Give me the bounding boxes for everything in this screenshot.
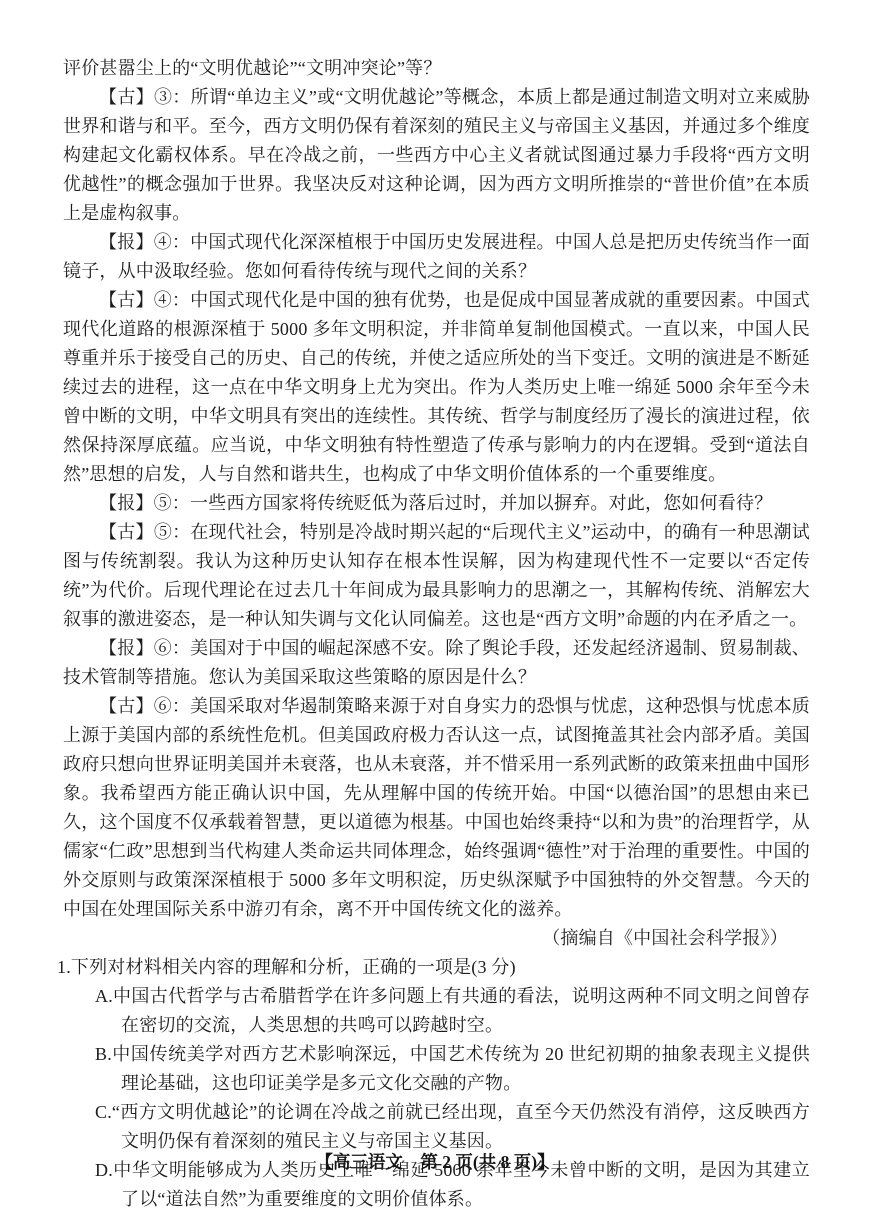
option-b-label: B. — [95, 1044, 112, 1064]
option-a-text: 中国古代哲学与古希腊哲学在许多问题上有共通的看法，说明这两种不同文明之间曾存在密… — [113, 986, 810, 1035]
passage-paragraph-gu5: 【古】⑤：在现代社会，特别是冷战时期兴起的“后现代主义”运动中，的确有一种思潮试… — [63, 518, 810, 634]
passage-paragraph-gu4: 【古】④：中国式现代化是中国的独有优势，也是促成中国显著成就的重要因素。中国式现… — [63, 286, 810, 489]
page-footer: 【高三语文 第 2 页(共 8 页)】 — [0, 1148, 870, 1177]
passage-paragraph-gu3: 【古】③：所谓“单边主义”或“文明优越论”等概念，本质上都是通过制造文明对立来威… — [63, 83, 810, 228]
exam-page: 评价甚嚣尘上的“文明优越论”“文明冲突论”等？ 【古】③：所谓“单边主义”或“文… — [0, 0, 870, 1231]
option-a-label: A. — [95, 986, 113, 1006]
question-1-option-a: A.中国古代哲学与古希腊哲学在许多问题上有共通的看法，说明这两种不同文明之间曾存… — [95, 982, 810, 1040]
reading-passage: 评价甚嚣尘上的“文明优越论”“文明冲突论”等？ 【古】③：所谓“单边主义”或“文… — [63, 54, 810, 953]
option-b-text: 中国传统美学对西方艺术影响深远，中国艺术传统为 20 世纪初期的抽象表现主义提供… — [112, 1044, 810, 1093]
passage-paragraph-bao6: 【报】⑥：美国对于中国的崛起深感不安。除了舆论手段，还发起经济遏制、贸易制裁、技… — [63, 634, 810, 692]
question-1-stem: 1.下列对材料相关内容的理解和分析，正确的一项是(3 分) — [57, 953, 810, 982]
source-attribution: （摘编自《中国社会科学报》） — [63, 924, 810, 953]
passage-paragraph-bao4: 【报】④：中国式现代化深深植根于中国历史发展进程。中国人总是把历史传统当作一面镜… — [63, 228, 810, 286]
passage-continuation-line: 评价甚嚣尘上的“文明优越论”“文明冲突论”等？ — [63, 54, 810, 83]
option-c-label: C. — [95, 1102, 112, 1122]
passage-paragraph-gu6: 【古】⑥：美国采取对华遏制策略来源于对自身实力的恐惧与忧虑，这种恐惧与忧虑本质上… — [63, 692, 810, 924]
option-c-text: “西方文明优越论”的论调在冷战之前就已经出现，直至今天仍然没有消停，这反映西方文… — [112, 1102, 810, 1151]
question-1-option-b: B.中国传统美学对西方艺术影响深远，中国艺术传统为 20 世纪初期的抽象表现主义… — [95, 1040, 810, 1098]
passage-paragraph-bao5: 【报】⑤：一些西方国家将传统贬低为落后过时，并加以摒弃。对此，您如何看待？ — [63, 489, 810, 518]
